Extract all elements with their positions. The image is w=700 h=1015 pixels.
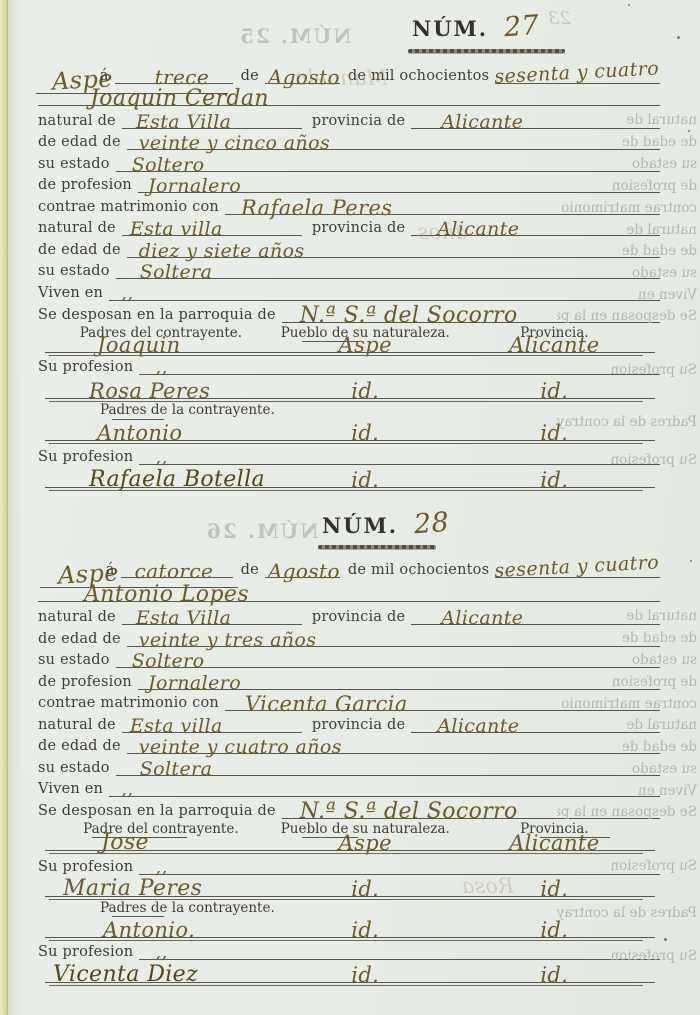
parent-name-value: Jose (45, 830, 149, 855)
field-label: de edad de (38, 134, 121, 150)
pueblo-value: Aspe (339, 831, 392, 855)
date-prefix-label: á (106, 562, 115, 578)
sublabel-padres-contrayente: Padres de la contrayente. (100, 402, 275, 418)
num-header: NÚM. 28 (322, 513, 449, 539)
pueblo-value: Aspe (339, 333, 392, 357)
field-label: contrae matrimonio con (38, 695, 219, 711)
bleedthrough-label: Su profesion (557, 948, 697, 965)
field-label: natural de (38, 609, 116, 625)
parent-name-value: Joaquin (45, 333, 181, 357)
provincia-value: id. (540, 963, 568, 987)
field-label: su estado (38, 652, 110, 668)
pueblo-value: id. (351, 877, 379, 901)
parroquia-value: N.ª S.ª del Socorro (282, 802, 518, 822)
parent-name-value: Vicenta Diez (45, 962, 198, 987)
provincia-value: Alicante (509, 831, 599, 855)
table-row-father-groom: Joaquin Aspe Alicante (45, 332, 655, 353)
pueblo-value: id. (351, 379, 379, 403)
field-label: de edad de (38, 738, 121, 754)
bleedthrough-label: de edad de (557, 630, 697, 647)
bleedthrough-label: Viven en (557, 783, 697, 800)
year-value: sesenta y cuatro (494, 552, 660, 581)
field-label: provincia de (312, 220, 405, 236)
bleedthrough-label: Su profesion (557, 858, 697, 875)
parent-name-value: Rosa Peres (45, 379, 210, 403)
bleedthrough-label: Viven en (557, 287, 697, 304)
field-label: de edad de (38, 242, 121, 258)
groom-name-value: Joaquin Cerdan (38, 89, 269, 109)
field-label: natural de (38, 717, 116, 733)
pueblo-value: id. (351, 963, 379, 987)
bleedthrough-handwriting: 23 (548, 8, 571, 29)
num-value: 27 (503, 10, 540, 43)
num-rule (318, 545, 436, 549)
num-header: NÚM. 27 (412, 16, 539, 42)
parroquia-value: N.ª S.ª del Socorro (282, 306, 518, 326)
parent-name-value: Antonio (45, 421, 182, 445)
ditto-mark: ,, (139, 448, 167, 468)
provincia-value: id. (540, 379, 568, 403)
field-label: su estado (38, 263, 110, 279)
ditto-mark: ,, (139, 358, 167, 378)
bleedthrough-label: su estado (557, 652, 697, 669)
bleedthrough-label: natural de (557, 222, 697, 239)
bleedthrough-label: su estado (557, 761, 697, 778)
parent-name-value: Antonio. (45, 918, 195, 942)
table-row-mother-bride: Vicenta Diez id. id. (45, 962, 655, 983)
sublabel-padres-contrayente: Padres de la contrayente. (100, 900, 275, 916)
de-label: de (241, 68, 259, 84)
table-row-mother-groom: Maria Peres id. id. (45, 876, 655, 897)
table-row-mother-bride: Rafaela Botella id. id. (45, 467, 655, 488)
ink-speck (664, 938, 667, 941)
bleedthrough-label: de edad de (557, 243, 697, 260)
table-row-father-groom: Jose Aspe Alicante (45, 830, 655, 851)
bleedthrough-handwriting: años (418, 220, 467, 244)
bleedthrough-label: Se desposan en la parroquia de (557, 308, 697, 325)
field-label: natural de (38, 113, 116, 129)
pueblo-value: id. (351, 918, 379, 942)
field-label: provincia de (312, 113, 405, 129)
table-row-mother-groom: Rosa Peres id. id. (45, 378, 655, 399)
field-label: Su profesion (38, 859, 133, 875)
page-edge-strip (0, 0, 8, 1015)
register-page: NÚM. 27 Aspe á trece de Agosto de mil oc… (0, 0, 700, 1015)
de-label: de (241, 562, 259, 578)
field-label: provincia de (312, 609, 405, 625)
field-label: Se desposan en la parroquia de (38, 803, 276, 819)
provincia-value: Alicante (509, 333, 599, 357)
field-label: de profesion (38, 674, 132, 690)
bleedthrough-label: Padres de la contrayente. (557, 905, 697, 922)
bleedthrough-label: Su profesion (557, 452, 697, 469)
day-value: catorce (121, 561, 214, 581)
pueblo-value: id. (351, 468, 379, 492)
ditto-mark: ,, (139, 858, 167, 878)
num-label: NÚM. (322, 513, 398, 538)
ink-speck (690, 560, 692, 562)
bleedthrough-num: NÚM. 25 (238, 24, 352, 48)
date-line: á catorce de Agosto de mil ochocientos s… (38, 552, 660, 578)
bleedthrough-label: Padres de la contrayente. (557, 414, 697, 431)
field-label: su estado (38, 760, 110, 776)
field-label: Su profesion (38, 449, 133, 465)
field-label: contrae matrimonio con (38, 199, 219, 215)
bleedthrough-label: de profesion (557, 178, 697, 195)
parent-name-value: Rafaela Botella (45, 467, 265, 492)
bleedthrough-label: de edad de (557, 134, 697, 151)
num-value: 28 (413, 507, 450, 540)
num-label: NÚM. (412, 16, 488, 41)
field-label: su estado (38, 156, 110, 172)
bleedthrough-label: Su profesion (557, 362, 697, 379)
parent-name-value: Maria Peres (45, 876, 202, 901)
num-rule (408, 49, 565, 53)
year-value: sesenta y cuatro (494, 58, 660, 87)
date-prefix-label: á (100, 68, 109, 84)
ink-speck (688, 130, 690, 132)
bleedthrough-label: de profesion (557, 674, 697, 691)
provincia-value: id. (540, 877, 568, 901)
page-edge-shadow (8, 0, 22, 1015)
bleedthrough-label: Se desposan en la parroquia de (557, 804, 697, 821)
bleedthrough-handwriting: Rosa (462, 874, 514, 898)
bleedthrough-label: contrae matrimonio con (557, 696, 697, 713)
ink-speck (628, 4, 630, 6)
bleedthrough-label: natural de (557, 608, 697, 625)
field-label: provincia de (312, 717, 405, 733)
bleedthrough-num: NÚM. 26 (205, 519, 319, 543)
field-label: Su profesion (38, 359, 133, 375)
field-label: de profesion (38, 177, 132, 193)
bleedthrough-label: contrae matrimonio con (557, 200, 697, 217)
field-label: natural de (38, 220, 116, 236)
field-label: Se desposan en la parroquia de (38, 307, 276, 323)
month-value: Agosto (265, 561, 340, 581)
ditto-mark: ,, (139, 943, 167, 963)
provincia-value: id. (540, 468, 568, 492)
groom-name-row: Antonio Lopes (38, 580, 660, 602)
pueblo-value: id. (351, 421, 379, 445)
bleedthrough-label: de edad de (557, 739, 697, 756)
groom-name-value: Antonio Lopes (38, 585, 249, 605)
field-label: Su profesion (38, 944, 133, 960)
bleedthrough-label: su estado (557, 265, 697, 282)
year-prefix-label: de mil ochocientos (348, 562, 489, 578)
bleedthrough-label: su estado (557, 156, 697, 173)
field-label: de edad de (38, 631, 121, 647)
bleedthrough-label: natural de (557, 717, 697, 734)
bleedthrough-label: natural de (557, 112, 697, 129)
ink-speck (677, 36, 680, 39)
bleedthrough-handwriting: Manuela (295, 66, 388, 90)
